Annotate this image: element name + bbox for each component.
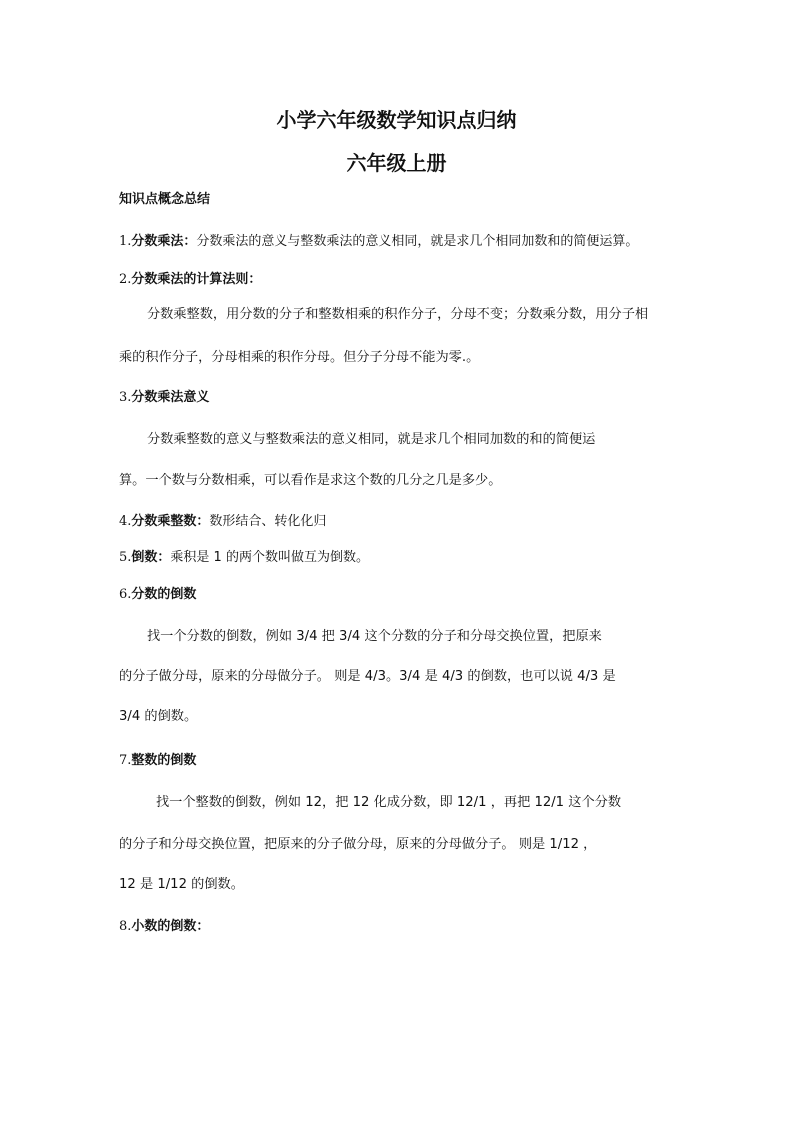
item-3-line-1: 分数乘整数的意义与整数乘法的意义相同，就是求几个相同加数的和的简便运 [147, 432, 703, 448]
item-number: 5. [119, 550, 131, 565]
item-number: 3. [119, 390, 131, 405]
item-6-line-2: 的分子做分母，原来的分母做分子。 则是 4/3。3/4 是 4/3 的倒数，也可… [119, 669, 675, 685]
document-subtitle: 六年级上册 [0, 147, 793, 176]
item-heading: 倒数： [131, 550, 170, 565]
item-number: 6. [119, 587, 131, 602]
item-2: 2.分数乘法的计算法则： [119, 272, 261, 288]
item-2-line-2: 乘的积作分子，分母相乘的积作分母。但分子分母不能为零.。 [119, 350, 675, 366]
section-heading-text: 知识点概念总结 [119, 192, 210, 207]
item-3: 3.分数乘法意义 [119, 390, 209, 406]
item-5: 5.倒数：乘积是 1 的两个数叫做互为倒数。 [119, 550, 369, 566]
item-text: 数形结合、转化化归 [209, 514, 326, 529]
item-text: 分数乘法的意义与整数乘法的意义相同，就是求几个相同加数和的简便运算。 [196, 234, 638, 249]
item-number: 4. [119, 514, 131, 529]
item-6-line-1: 找一个分数的倒数，例如 3/4 把 3/4 这个分数的分子和分母交换位置，把原来 [147, 629, 703, 645]
item-7-line-2: 的分子和分母交换位置，把原来的分子做分母，原来的分母做分子。 则是 1/12 ， [119, 837, 675, 853]
item-heading: 分数乘法的计算法则： [131, 272, 261, 287]
section-heading: 知识点概念总结 [119, 192, 210, 208]
item-3-line-2: 算。一个数与分数相乘，可以看作是求这个数的几分之几是多少。 [119, 473, 675, 489]
item-number: 1. [119, 234, 131, 249]
item-2-line-1: 分数乘整数，用分数的分子和整数相乘的积作分子，分母不变；分数乘分数，用分子相 [147, 307, 703, 323]
item-heading: 分数乘整数： [131, 514, 209, 529]
item-7: 7.整数的倒数 [119, 753, 196, 769]
item-6-line-3: 3/4 的倒数。 [119, 709, 675, 725]
item-heading: 分数乘法： [131, 234, 196, 249]
document-title: 小学六年级数学知识点归纳 [0, 104, 793, 133]
item-4: 4.分数乘整数：数形结合、转化化归 [119, 514, 326, 530]
item-number: 2. [119, 272, 131, 287]
item-7-line-1: 找一个整数的倒数，例如 12，把 12 化成分数，即 12/1 ，再把 12/1… [156, 795, 712, 811]
item-number: 8. [119, 919, 131, 934]
item-1: 1.分数乘法：分数乘法的意义与整数乘法的意义相同，就是求几个相同加数和的简便运算… [119, 234, 638, 250]
item-text: 乘积是 1 的两个数叫做互为倒数。 [170, 550, 369, 565]
item-number: 7. [119, 753, 131, 768]
item-7-line-3: 12 是 1/12 的倒数。 [119, 877, 675, 893]
document-page: 小学六年级数学知识点归纳 六年级上册 知识点概念总结 1.分数乘法：分数乘法的意… [0, 0, 793, 1122]
item-6: 6.分数的倒数 [119, 587, 196, 603]
item-8: 8.小数的倒数： [119, 919, 209, 935]
item-heading: 整数的倒数 [131, 753, 196, 768]
item-heading: 小数的倒数： [131, 919, 209, 934]
item-heading: 分数乘法意义 [131, 390, 209, 405]
item-heading: 分数的倒数 [131, 587, 196, 602]
